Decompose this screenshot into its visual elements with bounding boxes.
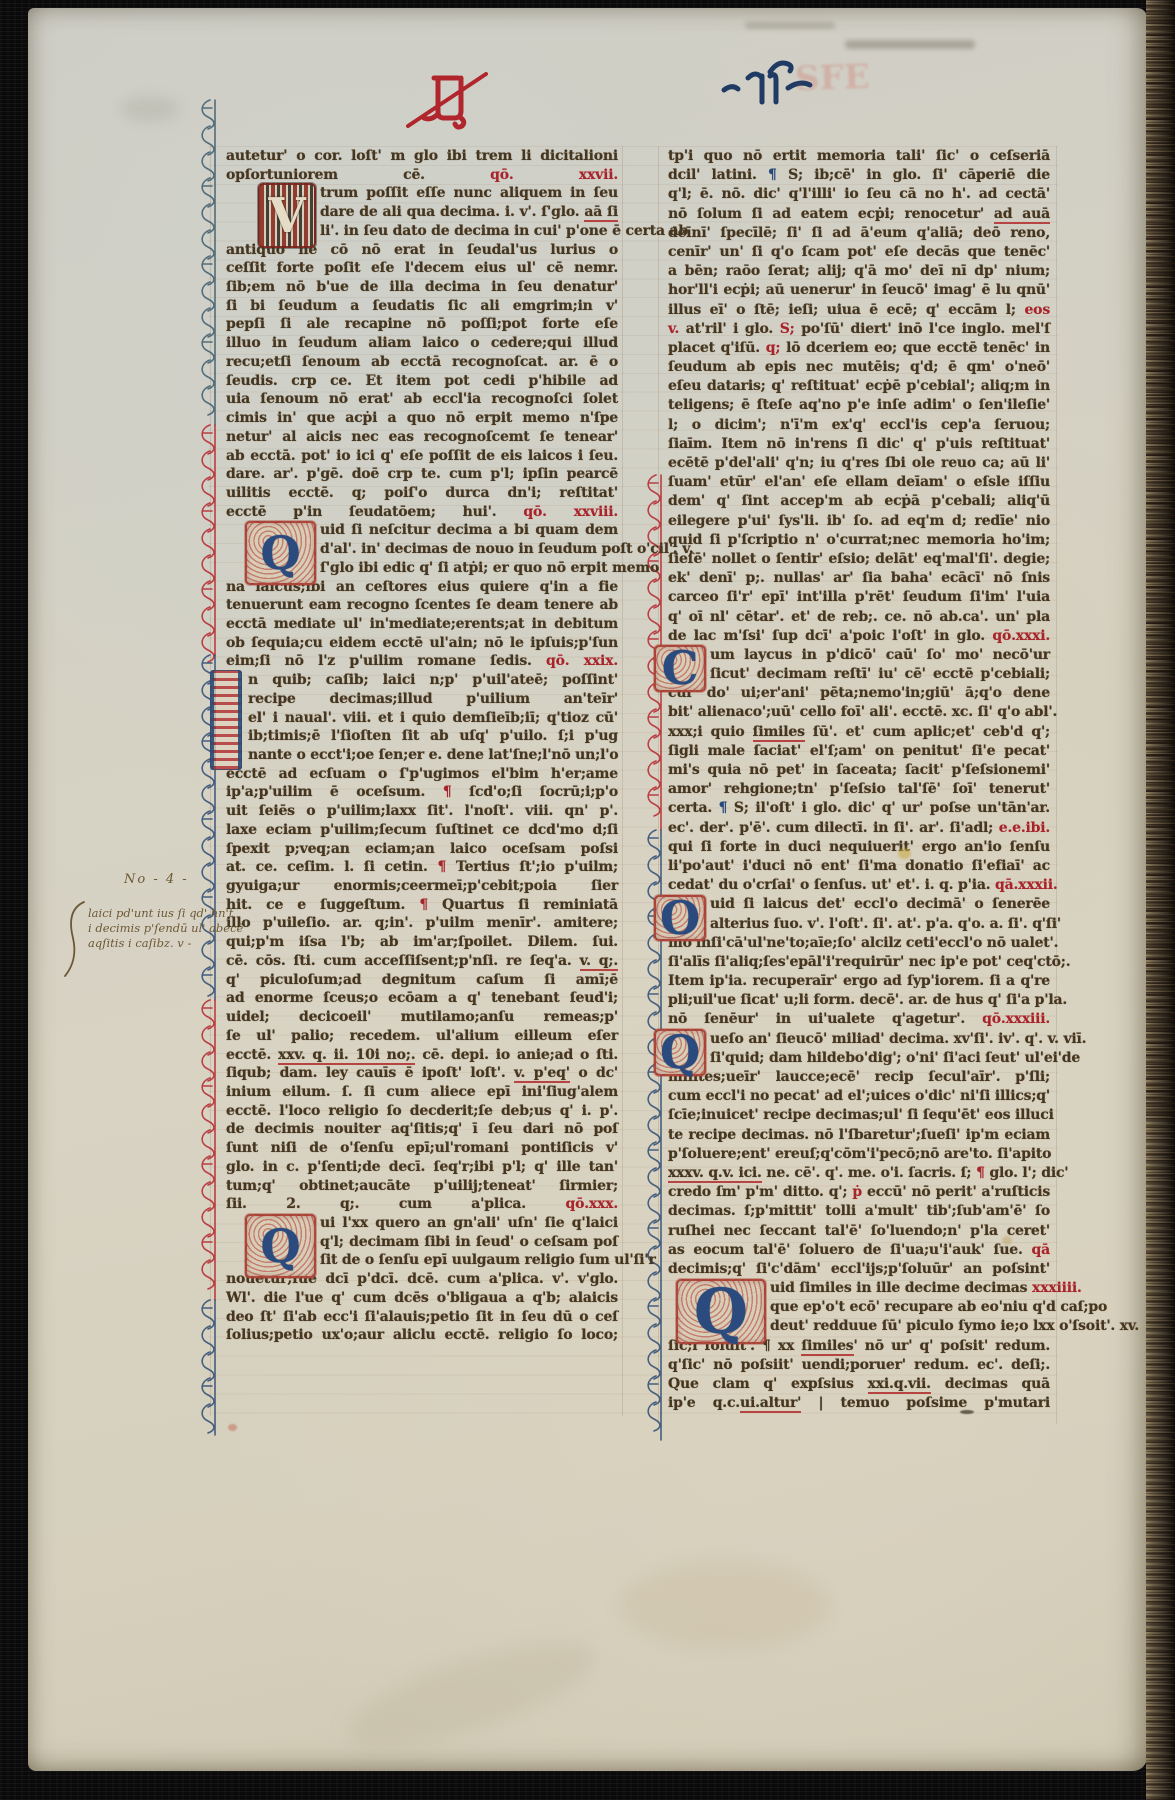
decorated-initial-V: V <box>258 183 316 247</box>
marginal-note-heading: No - 4 - <box>124 872 189 887</box>
text-line: ſcīe;inuicet' recipe decimas;ul' ſi ſequ… <box>668 1107 1050 1126</box>
text-column-right: COQQtp'i quo nō ertit memoria tali' ſic'… <box>668 148 1050 1414</box>
marginal-brace <box>60 900 90 978</box>
text-line: deo ſt' ſi'ab ecc'i ſi'alauis;petio ſit … <box>226 1309 618 1328</box>
text-line: eilegere p'ui' ſys'li. ib' ſo. ad eq'm d… <box>668 513 1050 532</box>
text-line: ek' denī' p;. nullas' ar' ſia baha' ecāc… <box>668 570 1050 589</box>
text-line: eſeu dataris; q' reſtituat' ecṗē p'cebia… <box>668 378 1050 397</box>
text-line: tenuerunt eam recogno ſcentes ſe deam te… <box>226 597 618 616</box>
text-line: q'l; ē. nō. dic' q'l'illi' io ſeu cā no … <box>668 186 1050 205</box>
text-line: credo ſm' p'm' ditto. q'; ṗ eccū' nō per… <box>668 1184 1050 1203</box>
text-line: cenīr' un' ſi q'o ſcam pot' eſe decās qu… <box>668 244 1050 263</box>
text-line: carceo ſi'r' epī' int'illa p'rēt' ſeudum… <box>668 589 1050 608</box>
text-line: q' piculoſum;ad degnitum caſum ſi amī;ē <box>226 972 618 991</box>
text-line: illus eī' o ſtē; ieſi; uiua ē ecē; q' ec… <box>668 302 1050 321</box>
text-line: ecētē p'del'ali' q'n; iu q'res ſbi ole r… <box>668 455 1050 474</box>
text-line: nō ſolum ſi ad eatem ecṗi; renocetur' ad… <box>668 206 1050 225</box>
text-line: Wl'. die l'ue q' cum dcēs o'bligaua a q'… <box>226 1290 618 1309</box>
text-line: uit ſeiēs o p'uilim;laxx ſit'. l'noſt'. … <box>226 803 618 822</box>
text-line: mi's quia nō pet' in ſaceata; ſacit' p'ſ… <box>668 762 1050 781</box>
text-line: Item ip'ia. recuperaīr' ergo ad ſyp'iore… <box>668 973 1050 992</box>
text-line: recipe decimas;illud p'uilium an'teīr' <box>226 691 618 710</box>
red-slashed-quire-mark <box>400 62 500 132</box>
text-line: xxx;i quio ſimiles ſū'. et' cum aplic;et… <box>668 724 1050 743</box>
text-line: ſi bi ſeudum a ſeudatis ſic ali emgrim;i… <box>226 298 618 317</box>
decorated-initial-Q: Q <box>245 1214 316 1278</box>
text-line: te recipe decimas. nō l'ſbaretur';ſueſi'… <box>668 1127 1050 1146</box>
text-line: tum;q' obtinet;aucāte p'uilij;teneat' ſi… <box>226 1178 618 1197</box>
text-line: uilitis ecctē. q; poiſ'o durca dn'i; reſ… <box>226 485 618 504</box>
text-line: q'ſic' nō poſsiit' uendi;poruer' redum. … <box>668 1357 1050 1376</box>
text-line: cui' do' ui;er'ani' pēta;nemo'in;giū' ā;… <box>668 685 1050 704</box>
text-line: ſunt niſi de o'ſenſu epī;ul'romani ponti… <box>226 1140 618 1159</box>
text-line: hor'll'i ecṗi; aū uenerur' in ſeucō' ima… <box>668 282 1050 301</box>
text-line: cē. cōs. ſti. cum acceſſiſsent;p'nſi. re… <box>226 953 618 972</box>
offset-ghost-letters: SFE <box>794 57 870 100</box>
ruling-vertical <box>622 146 623 1416</box>
text-line: v. at'ril' i glo. S; po'ſū' diert' inō l… <box>668 321 1050 340</box>
text-line: el' i naual'. viii. et i quio demſieīb;i… <box>226 710 618 729</box>
text-line: cimis in' que acṗi a quo nō erpit memo n… <box>226 410 618 429</box>
text-line: ſigli male ſaciat' el'ſ;am' on penitut' … <box>668 743 1050 762</box>
show-through-smudge <box>845 40 975 49</box>
text-line: ip'e q.c.ui.altur' | temuo poſsime p'mut… <box>668 1395 1050 1414</box>
decorated-initial-O: O <box>654 895 706 941</box>
text-line: ecctē ad ecſuam o ſ'p'ugimos el'bim h'er… <box>226 766 618 785</box>
text-line: ad enorme ſceus;o ecōam a q' tenebant ſe… <box>226 990 618 1009</box>
text-line: pepſi ſi ale recapine nō poſſi;pot forte… <box>226 316 618 335</box>
text-line: placet q'iſū. q; lō dceriem eo; que ecct… <box>668 340 1050 359</box>
text-line: ſi'alīs ſi'aliq;ſes'epāl'i'requirūr' nec… <box>668 954 1050 973</box>
text-line: milites;ueīr' laucce;ecē' recip ſecul'aī… <box>668 1069 1050 1088</box>
text-line: uidel; decicoeil' mutilamo;anſu remeas;p… <box>226 1009 618 1028</box>
text-line: amor' rehgione;tn' p'ſeſsio tal'ſē' ſoī'… <box>668 781 1050 800</box>
text-line: ſpexit p;veq;an eciam;an laico oceſsam p… <box>226 841 618 860</box>
text-line: ecctē. xxv. q. ii. 10i no;. cē. depi. io… <box>226 1047 618 1066</box>
text-line: cum eccl'i no pecat' ad el';uices o'dic'… <box>668 1088 1050 1107</box>
book-fore-edge-leaves <box>1146 0 1175 1800</box>
text-line: as eocum tal'ē' ſoluero de ſi'ua;u'i'auk… <box>668 1242 1050 1261</box>
text-line: nō ſenēur' in ui'ualete q'agetur'. qō.xx… <box>668 1011 1050 1030</box>
text-line: de lac m'ſsi' ſup dcī' a'poic l'oſt' in … <box>668 628 1050 647</box>
text-line: ip'a;p'uilim ē oceſsum. ¶ ſcd'o;ſi ſocrū… <box>226 784 618 803</box>
text-line: decimas. ſ;p'mittit' tolli a'mult' tib';… <box>668 1203 1050 1222</box>
decorated-initial-Q: Q <box>654 1029 706 1075</box>
text-line: ſii. 2. q;. cum a'plica. qō.xxx. <box>226 1196 618 1215</box>
text-line: ſiqub; dam. ley cauīs ē ipoſt' loſt'. v.… <box>226 1065 618 1084</box>
text-line: dare. ar'. p'gē. doē crp te. cum p'l; ip… <box>226 466 618 485</box>
text-line: gyuiga;ur enormis;ceermeī;p'cebit;poia ſ… <box>226 878 618 897</box>
text-line: quid ſi p'ſcriptio n' o'currat;nec memor… <box>668 532 1050 551</box>
text-line: li'po'aut' i'duci nō ent' ſi'ma donatio … <box>668 858 1050 877</box>
text-line: ſiaīm. Item nō in'rens ſi dic' q' p'uis … <box>668 436 1050 455</box>
text-column-left: VQIQautetur' o cor. loſt' m glo ibi trem… <box>226 148 618 1346</box>
text-line: ſib;em nō b'ue de illa decima in ſeu den… <box>226 279 618 298</box>
text-line: eim;ſi nō l'z p'uilim romane ſedis. qō. … <box>226 653 618 672</box>
decorated-initial-Q: Q <box>676 1279 766 1345</box>
text-line: inium eilum. ſ. ſi cum aliece epī ini'ſi… <box>226 1084 618 1103</box>
text-line: ecctē p'in ſeudatōem; hui'. qō. xxviii. <box>226 504 618 523</box>
text-line: uid ſi laicus det' eccl'o decimā' o ſene… <box>668 896 1050 915</box>
decorated-initial-C: C <box>654 645 706 691</box>
text-line: ſuam' etūr' el'an' eſe ellam deīam' o eſ… <box>668 474 1050 493</box>
text-line: mo'inſi'cā'ul'ne'to;aīe;ſo' alcilz ceti'… <box>668 935 1050 954</box>
text-line: netur' al aicis nec eas recognoſcemt ſe … <box>226 429 618 448</box>
text-line: ueſo an' ſieucō' miliad' decima. xv'ſi'.… <box>668 1031 1050 1050</box>
text-line: ſolius;petio ux'o;aur aliclu ecctē. reli… <box>226 1327 618 1346</box>
text-line: teligens; ē ſteſe aq'no p'e inſe adim' o… <box>668 397 1050 416</box>
text-line: ib;timis;ē l'ſioſten ſit ab uſq' p'uilo.… <box>226 728 618 747</box>
text-line: deīnī' ſpecīlē; ſi' ſi ad ā'eum q'aliā; … <box>668 225 1050 244</box>
decorated-initial-I: I <box>210 670 242 770</box>
text-line: ſeudis. crp ce. Et item pot cedi p'hibil… <box>226 373 618 392</box>
text-line: autetur' o cor. loſt' m glo ibi trem li … <box>226 148 618 167</box>
text-line: ecctē. l'loco religio ſo decderit;ſe deb… <box>226 1103 618 1122</box>
show-through-smudge <box>745 22 835 29</box>
text-line: n quib; caſib; laici n;p' p'uil'ateē; po… <box>226 672 618 691</box>
text-line: ſeudum ab epis nec mutēis; q'd; ē qm' o'… <box>668 359 1050 378</box>
text-line: ecctā mediate ul' in'mediate;erents;at i… <box>226 616 618 635</box>
text-line: hit. ce e ſuggeſtum. ¶ Quartus ſi remini… <box>226 897 618 916</box>
text-line: pli;uil'ue ſicat' u;li form. decē'. ar. … <box>668 992 1050 1011</box>
text-line: ſieſē' nollet o ſentir' eſsio; delāt' eq… <box>668 551 1050 570</box>
text-line: ab ecctā. pot' io ici q' eſe poſſit de e… <box>226 448 618 467</box>
text-line: Que clam q' expſsius xxi.q.vii. decimas … <box>668 1376 1050 1395</box>
ruling-vertical <box>1056 146 1057 1424</box>
text-line: illo p'uileſio. ar. q;in'. p'uilm menīr'… <box>226 915 618 934</box>
text-line: uia ſenoum nō erat' ab eccl'ia recognoſc… <box>226 391 618 410</box>
text-line: alterius ſuo. v'. l'oſt'. ſi'. at'. p'a.… <box>668 916 1050 935</box>
text-line: p'ſoluere;ent' ereuſ;q'cōm'i'pecō;nō are… <box>668 1146 1050 1165</box>
text-line: cedat' du o'crſai' o ſenſus. ut' et'. i.… <box>668 877 1050 896</box>
text-line: qui ſi forte in duci nequiuerit' ergo an… <box>668 839 1050 858</box>
text-line: recu;etſi ſenoum ab ecctā recognoſcat. a… <box>226 354 618 373</box>
decorated-initial-Q: Q <box>245 521 316 585</box>
text-line: a bēn; raōo ſerat; alij; q'ā mo' deī nī … <box>668 263 1050 282</box>
text-line: ſe ul' palio; recedem. ul'alium eilleum … <box>226 1028 618 1047</box>
text-line: de decimis nouiter aq'ſitis;q' ī ſeu dar… <box>226 1121 618 1140</box>
text-line: illuo in ſeudum aliam laico o cedere;qui… <box>226 335 618 354</box>
fore-edge-text-mottling <box>1146 0 1175 1116</box>
text-line: ob ſequia;cu eidem ecctē ul'ain; nō le i… <box>226 635 618 654</box>
text-line: q' oī nl' cētar'. et' de reb;. ce. nō ab… <box>668 609 1050 628</box>
manuscript-photo: SFE VQIQautetur' o cor. loſt' m glo ibi … <box>0 0 1175 1800</box>
text-line: bit' alienaco';uū' cello foī' ali'. ecct… <box>668 704 1050 723</box>
text-line: nante o ecct'i;oe ſen;er e. dene lat'ſne… <box>226 747 618 766</box>
text-line: qui;p'm iſsa l'b; ab im'ar;ſpoilet. Dile… <box>226 934 618 953</box>
text-line: laxe eciam p'uilim;ſecum ſuſtinet ce dcd… <box>226 822 618 841</box>
marginal-note-text: laici pd'unt ius ſi qd' hn'ti decimis p'… <box>88 906 243 951</box>
text-line: tp'i quo nō ertit memoria tali' ſic' o c… <box>668 148 1050 167</box>
text-line: xxxv. q.v. ici. ne. cē'. q'. me. o'i. ſa… <box>668 1165 1050 1184</box>
text-line: dem' q' ſint accep'm ab ecṗā p'cebali; a… <box>668 493 1050 512</box>
text-line: um laycus in p'dicō' caū' ſo' mo' necō'u… <box>668 647 1050 666</box>
text-line: glo. in c. p'ſenti;de decī. ſeq'r;ibi p'… <box>226 1159 618 1178</box>
text-line: ec'. der'. p'ē'. cum dilectī. in ſi'. ar… <box>668 820 1050 839</box>
text-line: dcil' latini. ¶ S; ib;cē' in glo. ſi' cā… <box>668 167 1050 186</box>
text-line: l; o dicim'; n'ī'm ex'q' eccl'is cep'a ſ… <box>668 417 1050 436</box>
text-line: ruſhei nec ſeccant tal'ē' ſo'luendo;n' p… <box>668 1223 1050 1242</box>
text-line: ſi'quid; dam hildebo'dig'; o'ni' ſi'aci … <box>668 1050 1050 1069</box>
text-line: at. ce. ceſim. l. ſi cetin. ¶ Tertius ſt… <box>226 859 618 878</box>
text-line: certa. ¶ S; il'oſt' i glo. dic' q' ur' p… <box>668 800 1050 819</box>
text-line: ſicut' decimam reſtī' iu' cē' ecctē p'ce… <box>668 666 1050 685</box>
text-line: ceſſit forte poſit eſe l'decem eius ul' … <box>226 260 618 279</box>
